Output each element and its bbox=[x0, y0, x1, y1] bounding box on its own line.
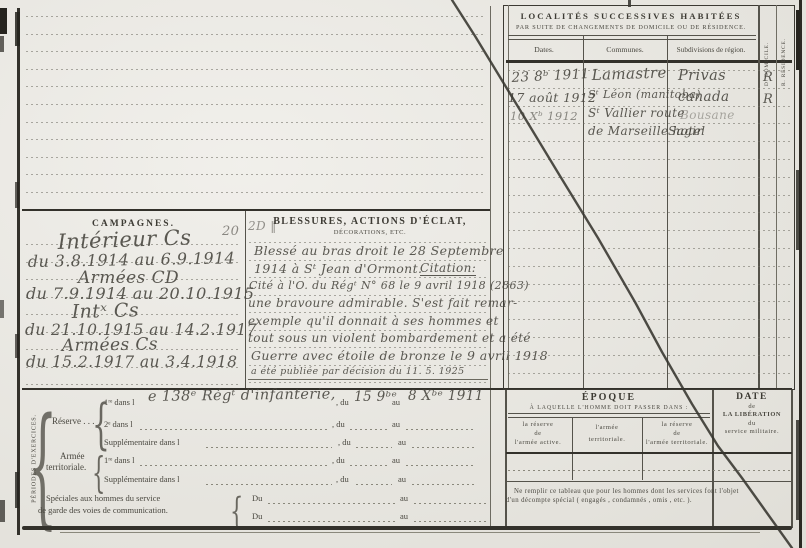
blessures-entry: tout sous un violent bombardement et a é… bbox=[248, 331, 531, 345]
reserve-row1-unit: e 138ᵉ Régᵗ d'infanterie, bbox=[148, 386, 336, 405]
localites-subdivision: Sagir bbox=[668, 124, 703, 138]
blessures-entry-citation: Citation: bbox=[420, 261, 476, 276]
ruled-line bbox=[26, 157, 484, 158]
speciales-row1-au: au bbox=[400, 493, 408, 503]
left-block-right-border bbox=[490, 6, 491, 528]
campagnes-entry: du 15.2.1917 au 3.4.1918 bbox=[26, 353, 237, 371]
localites-commune: Lamastre bbox=[591, 63, 667, 84]
epoque-col3-line: de bbox=[644, 430, 710, 437]
reserve-row2-prefix: 2ᵉ dans l bbox=[104, 419, 133, 429]
stray-handwriting: 20 bbox=[222, 224, 239, 239]
epoque-col2-line: l'armée bbox=[574, 424, 640, 431]
ruled-line bbox=[26, 174, 484, 175]
territoriale-row2-prefix: Supplémentaire dans l bbox=[104, 474, 180, 484]
ruled-line bbox=[508, 248, 790, 249]
blessures-title: BLESSURES, ACTIONS D'ÉCLAT, bbox=[252, 216, 488, 227]
reserve-row1-to: 8 Xᵇᵉ 1911 bbox=[408, 388, 484, 404]
speciales-label-1: Spéciales aux hommes du service bbox=[46, 493, 160, 503]
ruled-line bbox=[508, 230, 790, 231]
page-edge-mark bbox=[0, 300, 4, 318]
reserve-label: Réserve . . . bbox=[52, 416, 95, 426]
military-register-page: CAMPAGNES. 20 Intérieur Cs du 3.8.1914 a… bbox=[0, 0, 806, 548]
epoque-subtitle: À LAQUELLE L'HOMME DOIT PASSER DANS : bbox=[505, 405, 713, 411]
fill-line bbox=[350, 465, 388, 466]
fill-line bbox=[268, 521, 396, 522]
fill-line bbox=[406, 465, 474, 466]
reserve-row3-au: au bbox=[398, 437, 406, 447]
fill-line bbox=[350, 429, 388, 430]
fill-line bbox=[412, 484, 474, 485]
ruled-line bbox=[508, 159, 790, 160]
reserve-row2-au: au bbox=[392, 419, 400, 429]
epoque-header-rule bbox=[508, 413, 710, 414]
blessures-entry: exemple qu'il donnait à ses hommes et bbox=[248, 314, 499, 328]
ruled-line bbox=[26, 16, 484, 17]
epoque-bottom-rule bbox=[506, 481, 792, 482]
ruled-line bbox=[26, 122, 484, 123]
form-bottom-border-echo bbox=[60, 532, 760, 533]
epoque-header-rule bbox=[508, 417, 710, 418]
fill-line bbox=[356, 484, 392, 485]
fill-line bbox=[414, 503, 488, 504]
ruled-line bbox=[508, 195, 790, 196]
page-edge-mark bbox=[0, 8, 7, 34]
speciales-label-2: de garde des voies de communication. bbox=[38, 505, 168, 515]
ruled-line bbox=[508, 301, 790, 302]
ruled-line bbox=[508, 355, 790, 356]
epoque-right-border bbox=[791, 390, 793, 528]
localites-dr-flag: R bbox=[763, 92, 773, 107]
form-left-border bbox=[17, 8, 20, 535]
campagnes-entry: du 7.9.1914 au 20.10.1915 bbox=[26, 284, 255, 303]
fill-line bbox=[406, 429, 474, 430]
speciales-row1-du: Du bbox=[252, 493, 262, 503]
reserve-row2-du: , du bbox=[332, 419, 345, 429]
ruled-line bbox=[26, 104, 484, 105]
fill-line bbox=[414, 521, 488, 522]
territoriale-row1-au: au bbox=[392, 455, 400, 465]
ruled-line bbox=[26, 34, 484, 35]
blessures-entry: une bravoure admirable. S'est fait remar… bbox=[248, 296, 518, 310]
blessures-entry: Cité à l'O. du Régᵗ N° 68 le 9 avril 191… bbox=[249, 279, 529, 292]
campagnes-entry: Intˣ Cs bbox=[71, 299, 139, 323]
form-bottom-border bbox=[22, 526, 792, 530]
epoque-col3-line: la réserve bbox=[644, 421, 710, 428]
ruled-line bbox=[26, 69, 484, 70]
blessures-entry: Blessé au bras droit le 28 Septembre bbox=[254, 243, 504, 258]
localites-date: 10 Xᵇ 1912 bbox=[510, 109, 578, 123]
date-col-line: de bbox=[714, 403, 790, 410]
blessures-subtitle: DÉCORATIONS, ETC. bbox=[252, 229, 488, 236]
ruled-line bbox=[508, 284, 790, 285]
epoque-empty-row-line bbox=[508, 470, 790, 471]
ruled-line bbox=[508, 212, 790, 213]
ruled-line bbox=[26, 86, 484, 87]
fill-line bbox=[412, 447, 474, 448]
ruled-line bbox=[26, 139, 484, 140]
page-edge-mark bbox=[0, 36, 4, 52]
reserve-row1-du: , du bbox=[336, 397, 349, 407]
territoriale-row1-du: , du bbox=[332, 455, 345, 465]
page-edge-mark bbox=[796, 420, 800, 520]
form-border-knot bbox=[15, 12, 20, 46]
form-border-knot bbox=[15, 334, 19, 358]
date-col-line: service militaire. bbox=[714, 428, 790, 435]
epoque-footnote-line1: Ne remplir ce tableau que pour les homme… bbox=[514, 488, 739, 495]
ruled-line bbox=[249, 382, 486, 383]
epoque-subheader-rule bbox=[506, 452, 792, 454]
blessures-entry: a été publiée par décision du 11. 5. 192… bbox=[251, 366, 465, 377]
localites-rules bbox=[506, 0, 792, 388]
form-border-knot bbox=[15, 472, 19, 508]
page-edge-mark bbox=[0, 500, 5, 522]
territoriale-label-1: Armée bbox=[60, 451, 85, 461]
date-col-line: LA LIBÉRATION bbox=[714, 411, 790, 418]
localites-subdivision: Privas bbox=[678, 68, 726, 84]
reserve-row1-au: au bbox=[392, 397, 400, 407]
page-edge-mark bbox=[796, 170, 800, 250]
ruled-line bbox=[508, 373, 790, 374]
territoriale-row1-prefix: 1ʳᵉ dans l bbox=[104, 455, 134, 465]
reserve-row3-du: , du bbox=[338, 437, 351, 447]
date-col-title: DATE bbox=[714, 392, 790, 402]
ruled-line bbox=[508, 266, 790, 267]
ruled-line bbox=[26, 192, 484, 193]
blessures-underline bbox=[248, 379, 488, 380]
localites-subdivision: canada bbox=[678, 89, 729, 105]
epoque-title: ÉPOQUE bbox=[505, 392, 713, 403]
ruled-line bbox=[26, 51, 484, 52]
territoriale-row2-au: au bbox=[398, 474, 406, 484]
ruled-line bbox=[508, 337, 790, 338]
territoriale-label-2: territoriale. bbox=[46, 462, 86, 472]
form-border-knot bbox=[15, 182, 19, 208]
speciales-row2-au: au bbox=[400, 511, 408, 521]
territoriale-row2-du: , du bbox=[336, 474, 349, 484]
epoque-col2-line: territoriale. bbox=[574, 436, 640, 443]
reserve-row1-prefix: 1ʳᵉ dans l bbox=[104, 397, 134, 407]
epoque-col1-line: l'armée active. bbox=[506, 439, 570, 446]
blank-ruled-area bbox=[24, 0, 486, 208]
fill-line bbox=[268, 503, 396, 504]
epoque-col3-line: l'armée territoriale. bbox=[644, 439, 710, 446]
localites-dr-flag: R bbox=[763, 70, 773, 85]
page-edge-mark bbox=[796, 10, 800, 70]
ruled-line bbox=[508, 141, 790, 142]
ruled-line bbox=[26, 384, 241, 385]
ruled-line bbox=[508, 177, 790, 178]
speciales-row2-du: Du bbox=[252, 511, 262, 521]
epoque-col1-line: la réserve bbox=[506, 421, 570, 428]
ruled-line bbox=[508, 319, 790, 320]
localites-commune: Sᵗ Vallier route bbox=[588, 106, 685, 120]
fill-line bbox=[206, 447, 332, 448]
fill-line bbox=[140, 429, 328, 430]
fill-line bbox=[140, 465, 328, 466]
ruled-line bbox=[249, 277, 486, 278]
epoque-footnote-line2: d'un décompte spécial ( engagés , condam… bbox=[506, 497, 692, 504]
blessures-entry: 1914 à Sᵗ Jean d'Ormont. bbox=[254, 261, 422, 276]
fill-line bbox=[206, 484, 332, 485]
localites-subdivision: Bousane bbox=[680, 108, 735, 122]
reserve-row1-from: 15 9ᵇᵉ bbox=[354, 389, 397, 405]
epoque-col1-line: de bbox=[506, 430, 570, 437]
date-col-line: du bbox=[714, 420, 790, 427]
reserve-row3-prefix: Supplémentaire dans l bbox=[104, 437, 180, 447]
ruled-line bbox=[249, 312, 486, 313]
localites-date: 17 août 1912 bbox=[508, 90, 597, 105]
fill-line bbox=[356, 447, 392, 448]
